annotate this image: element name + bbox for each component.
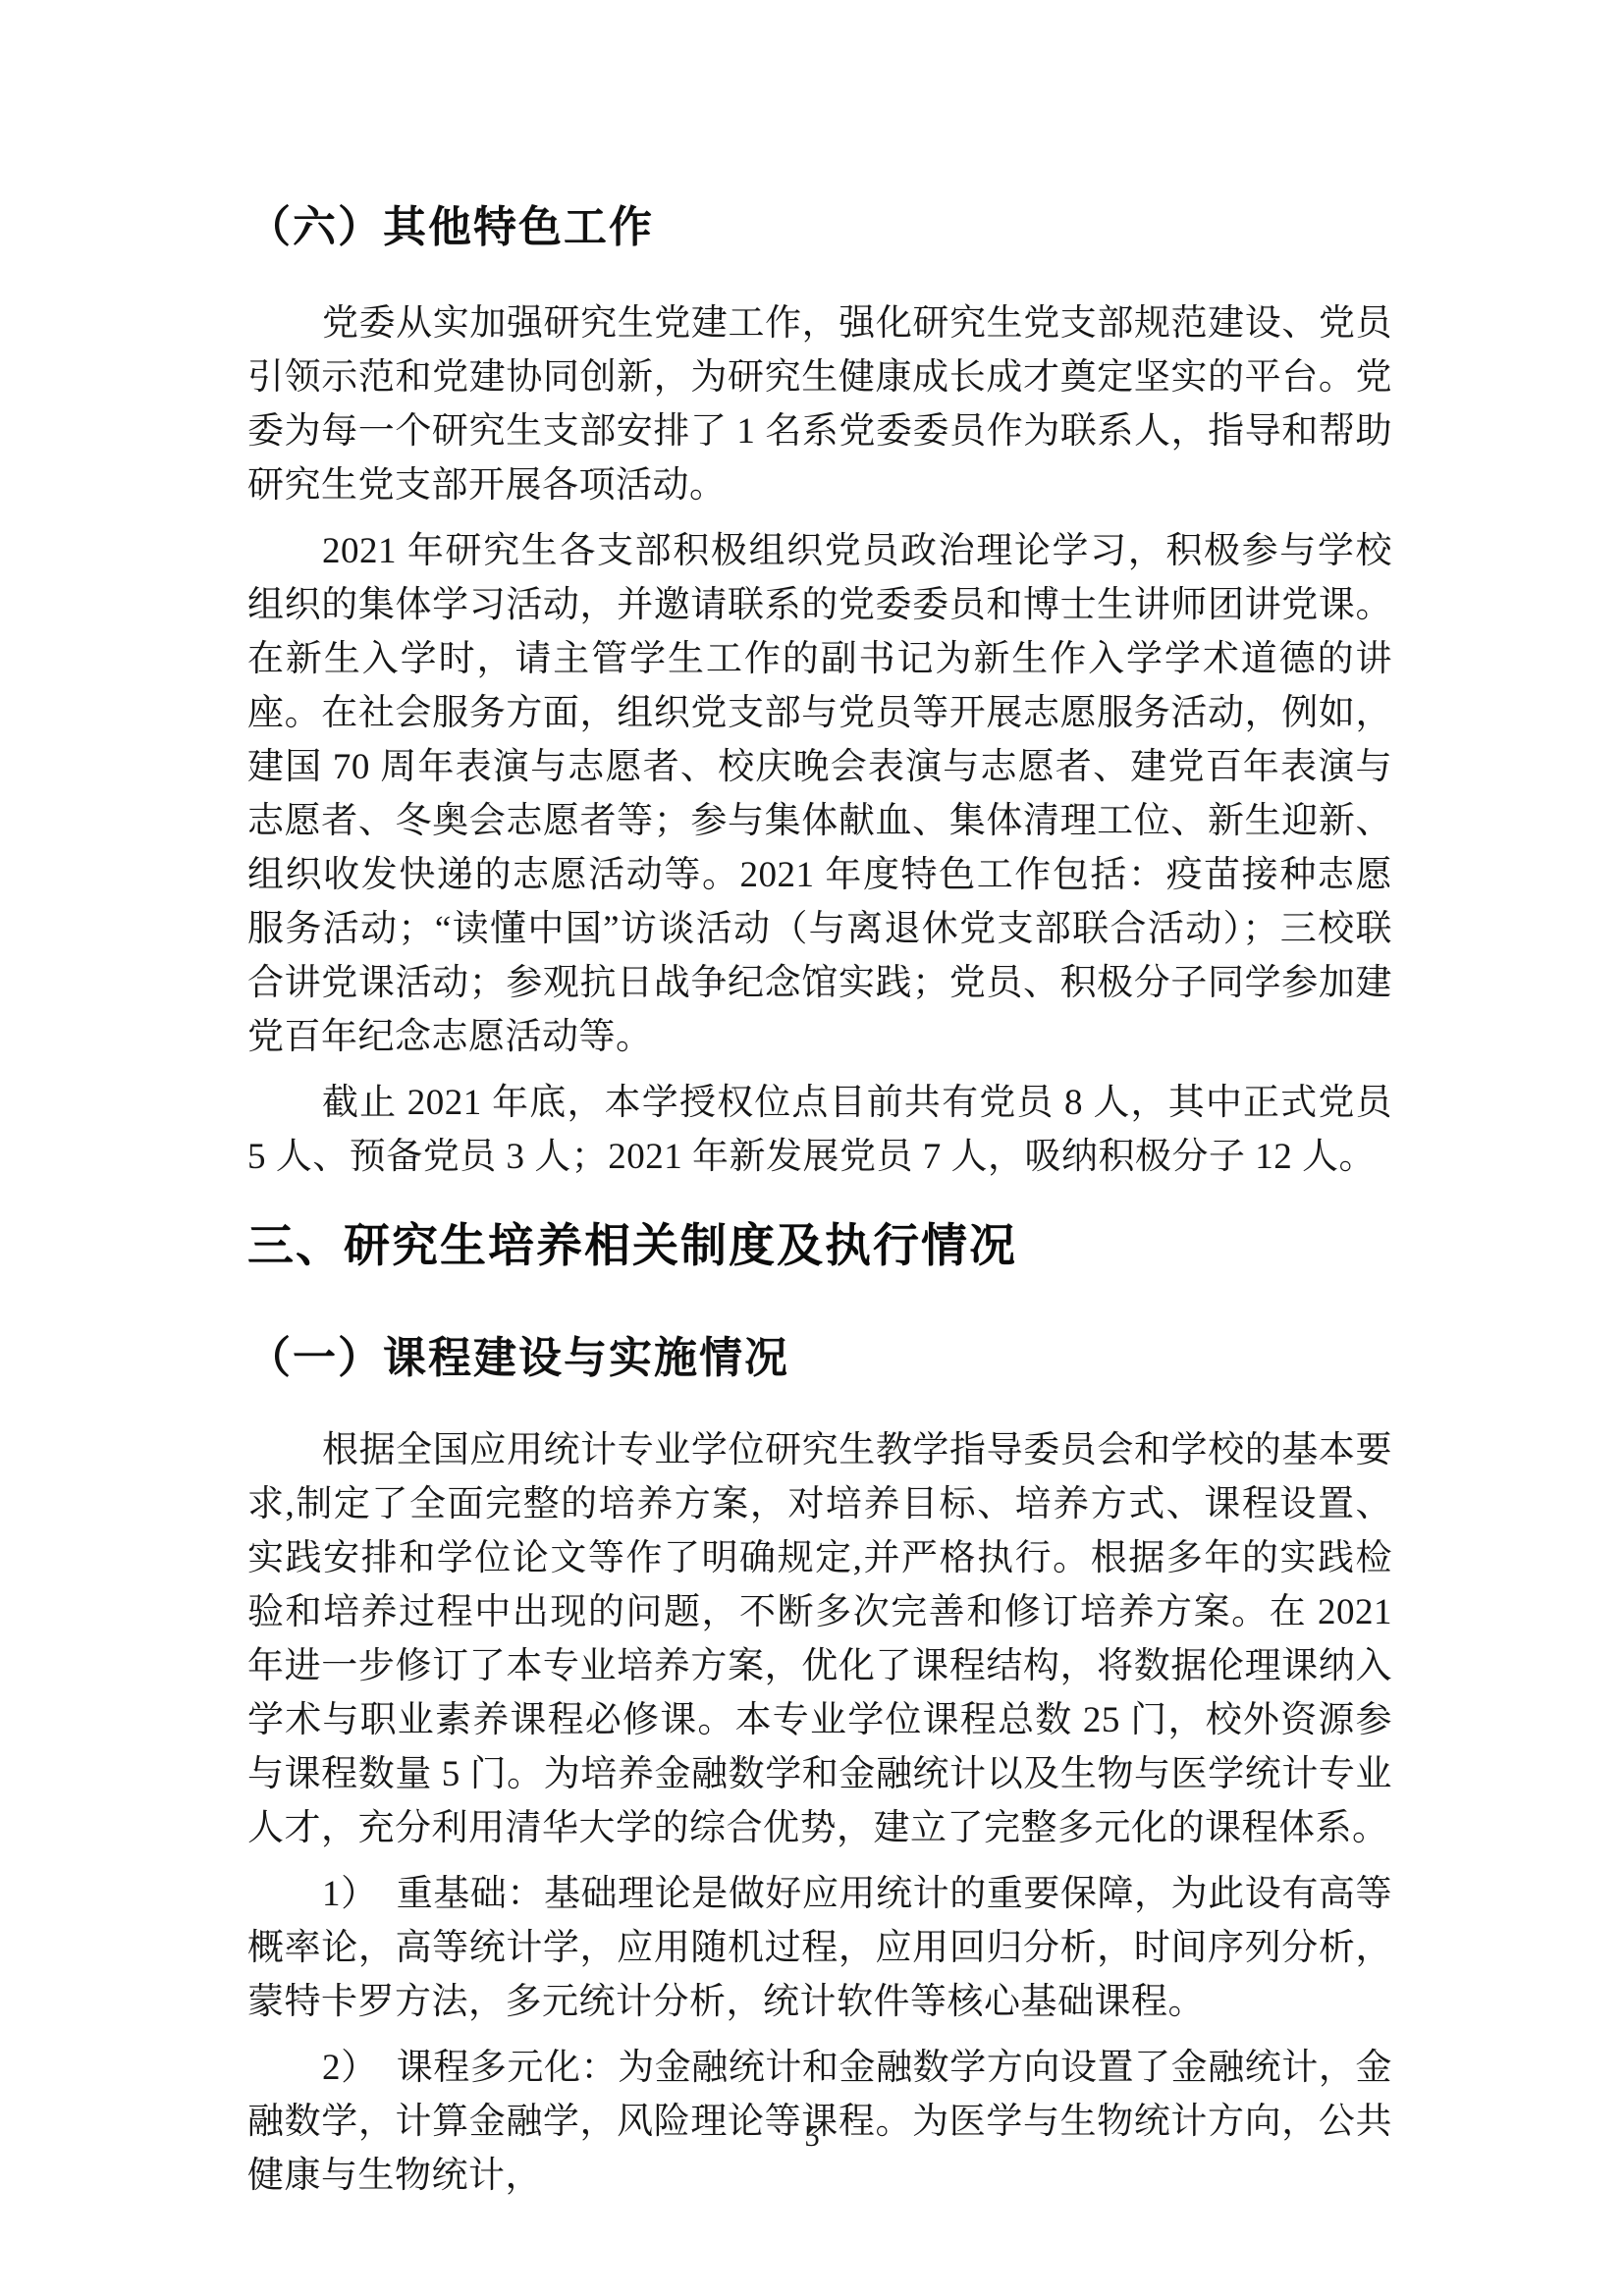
section-heading-training-system: 三、研究生培养相关制度及执行情况	[247, 1213, 1392, 1278]
paragraph: 2021 年研究生各支部积极组织党员政治理论学习，积极参与学校组织的集体学习活动…	[247, 524, 1392, 1064]
section-heading-course-construction: （一）课程建设与实施情况	[247, 1329, 1392, 1388]
document-page: （六）其他特色工作 党委从实加强研究生党建工作，强化研究生党支部规范建设、党员引…	[0, 0, 1624, 2296]
section-heading-other-featured-work: （六）其他特色工作	[247, 196, 1392, 259]
paragraph: 截止 2021 年底，本学授权位点目前共有党员 8 人，其中正式党员 5 人、预…	[247, 1076, 1392, 1184]
paragraph: 党委从实加强研究生党建工作，强化研究生党支部规范建设、党员引领示范和党建协同创新…	[247, 296, 1392, 512]
paragraph: 1） 重基础：基础理论是做好应用统计的重要保障，为此设有高等概率论，高等统计学，…	[247, 1867, 1392, 2029]
paragraph: 根据全国应用统计专业学位研究生教学指导委员会和学校的基本要求,制定了全面完整的培…	[247, 1423, 1392, 1855]
page-content: （六）其他特色工作 党委从实加强研究生党建工作，强化研究生党支部规范建设、党员引…	[247, 196, 1392, 2215]
page-number: 5	[0, 2116, 1624, 2156]
